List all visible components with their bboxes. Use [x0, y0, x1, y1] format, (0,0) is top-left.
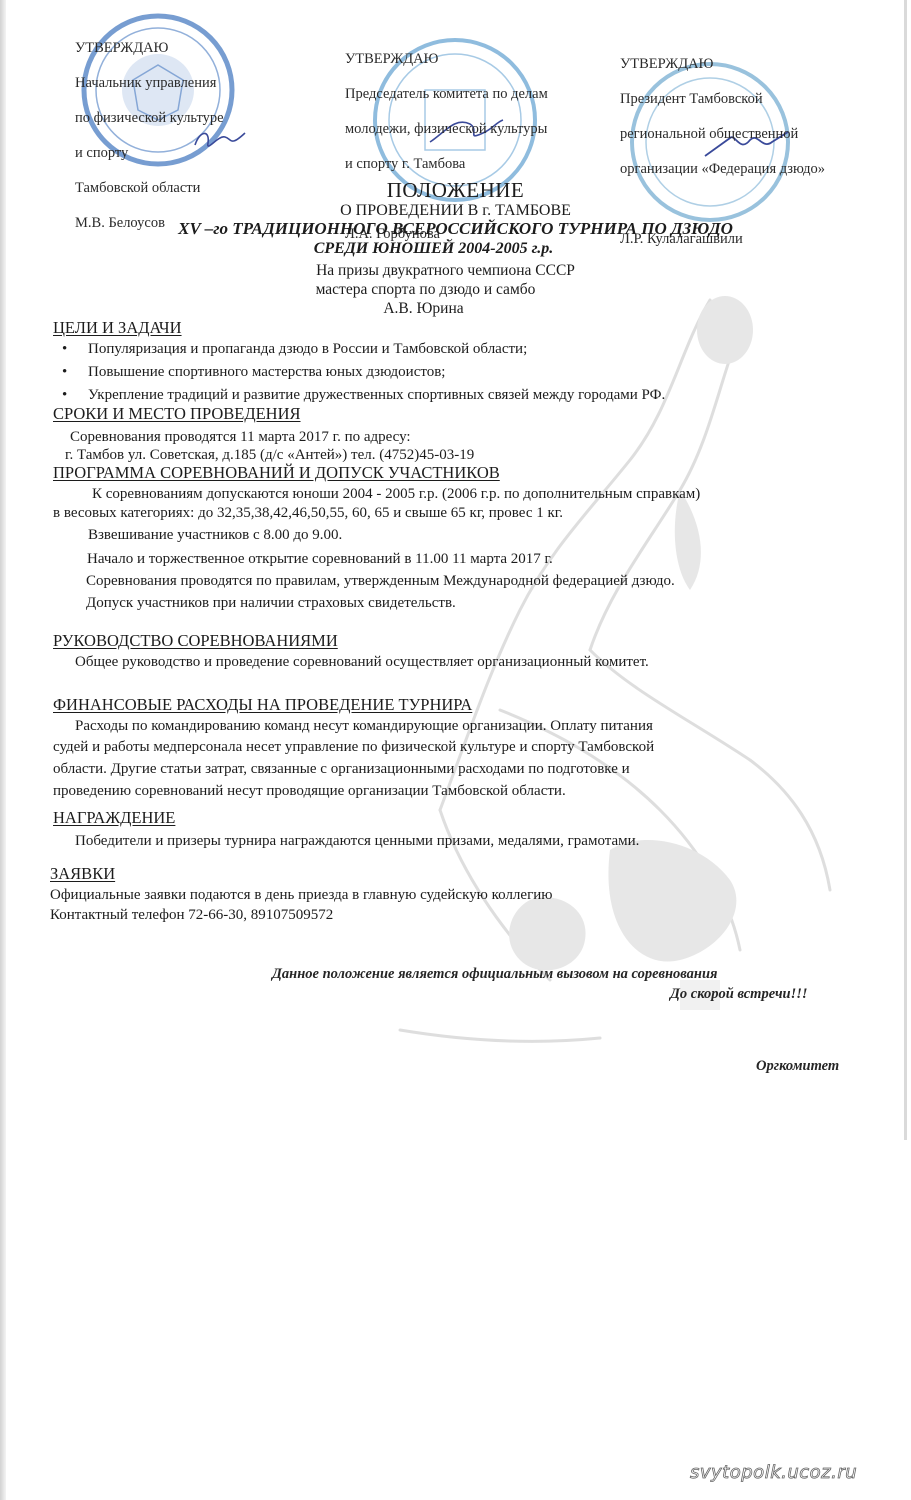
- approval-line: по физической культуре: [75, 110, 224, 128]
- applications-line: Официальные заявки подаются в день приез…: [50, 886, 552, 904]
- approval-line: и спорту: [75, 145, 224, 163]
- finance-line: Расходы по командированию команд несут к…: [75, 717, 653, 735]
- approval-line: региональной общественной: [620, 126, 825, 144]
- judo-figure-watermark: [380, 290, 850, 1070]
- contact-phone-line: Контактный телефон 72-66-30, 89107509572: [50, 906, 333, 924]
- program-line: К соревнованиям допускаются юноши 2004 -…: [92, 485, 700, 503]
- section-heading-finance: ФИНАНСОВЫЕ РАСХОДЫ НА ПРОВЕДЕНИЕ ТУРНИРА: [53, 695, 472, 715]
- approval-line: организации «Федерация дзюдо»: [620, 161, 825, 179]
- prize-honoree: А.В. Юрина: [0, 300, 879, 318]
- approval-heading: УТВЕРЖДАЮ: [75, 40, 224, 58]
- closing-signature: Оргкомитет: [756, 1058, 839, 1075]
- approval-line: Председатель комитета по делам: [345, 86, 548, 104]
- approval-line: Президент Тамбовской: [620, 91, 825, 109]
- approval-heading: УТВЕРЖДАЮ: [345, 51, 548, 69]
- section-heading-program: ПРОГРАММА СОРЕВНОВАНИЙ И ДОПУСК УЧАСТНИК…: [53, 463, 500, 483]
- address-line: г. Тамбов ул. Советская, д.185 (д/с «Ант…: [65, 446, 474, 464]
- title-subline: О ПРОВЕДЕНИИ В г. ТАМБОВЕ: [0, 202, 911, 220]
- section-heading-applications: ЗАЯВКИ: [50, 864, 115, 884]
- source-watermark: svytopolk.ucoz.ru: [690, 1462, 857, 1483]
- approval-line: Начальник управления: [75, 75, 224, 93]
- program-line: в весовых категориях: до 32,35,38,42,46,…: [53, 504, 563, 522]
- approval-line: и спорту г. Тамбова: [345, 156, 548, 174]
- bullet-icon: •: [62, 364, 67, 381]
- section-heading-dates: СРОКИ И МЕСТО ПРОВЕДЕНИЯ: [53, 404, 301, 424]
- goal-item: Укрепление традиций и развитие дружестве…: [88, 386, 665, 404]
- section-heading-goals: ЦЕЛИ И ЗАДАЧИ: [53, 318, 182, 338]
- goal-item: Популяризация и пропаганда дзюдо в Росси…: [88, 340, 527, 358]
- tournament-category: СРЕДИ ЮНОШЕЙ 2004-2005 г.р.: [0, 240, 889, 258]
- program-line: Начало и торжественное открытие соревнов…: [87, 550, 553, 568]
- management-line: Общее руководство и проведение соревнова…: [75, 653, 649, 671]
- finance-line: судей и работы медперсонала несет управл…: [53, 738, 654, 756]
- finance-line: области. Другие статьи затрат, связанные…: [53, 760, 630, 778]
- section-heading-management: РУКОВОДСТВО СОРЕВНОВАНИЯМИ: [53, 631, 338, 651]
- approval-line: молодежи, физической культуры: [345, 121, 548, 139]
- scan-edge-right: [904, 0, 907, 1140]
- closing-farewell: До скорой встречи!!!: [670, 986, 808, 1003]
- goal-item: Повышение спортивного мастерства юных дз…: [88, 363, 445, 381]
- document-page: УТВЕРЖДАЮ Начальник управления по физиче…: [0, 0, 911, 1500]
- dates-line: Соревнования проводятся 11 марта 2017 г.…: [70, 428, 411, 446]
- section-heading-awards: НАГРАЖДЕНИЕ: [53, 808, 175, 828]
- program-line: Взвешивание участников с 8.00 до 9.00.: [88, 526, 342, 544]
- program-line: Соревнования проводятся по правилам, утв…: [86, 572, 675, 590]
- document-title: ПОЛОЖЕНИЕ: [0, 178, 911, 203]
- prize-line-2: мастера спорта по дзюдо и самбо: [0, 281, 881, 299]
- closing-statement: Данное положение является официальным вы…: [272, 966, 718, 983]
- tournament-name: XV –го ТРАДИЦИОННОГО ВСЕРОССИЙСКОГО ТУРН…: [0, 219, 911, 239]
- program-line: Допуск участников при наличии страховых …: [86, 594, 456, 612]
- finance-line: проведению соревнований несут проводящие…: [53, 782, 566, 800]
- bullet-icon: •: [62, 387, 67, 404]
- awards-line: Победители и призеры турнира награждаютс…: [75, 832, 639, 850]
- approval-heading: УТВЕРЖДАЮ: [620, 56, 825, 74]
- prize-line: На призы двукратного чемпиона СССР: [0, 262, 901, 280]
- bullet-icon: •: [62, 341, 67, 358]
